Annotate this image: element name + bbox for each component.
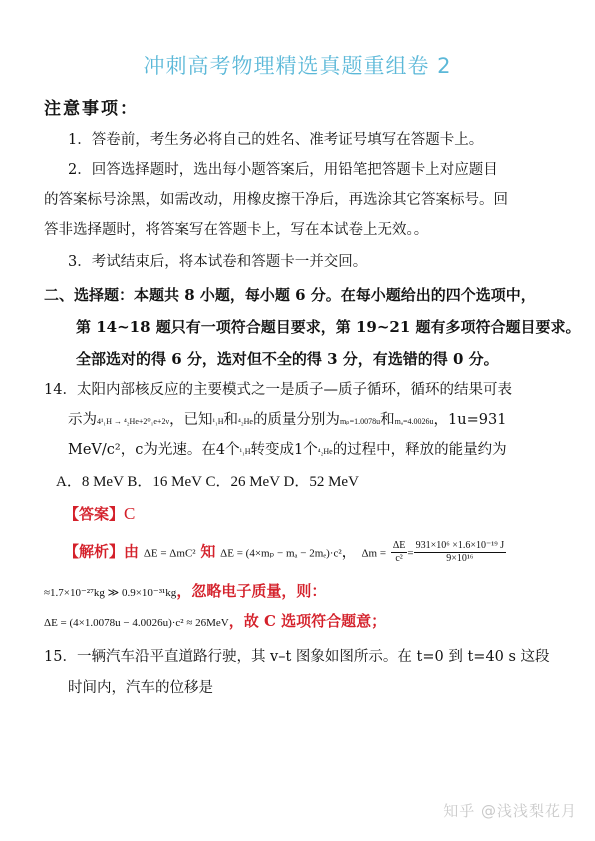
text: ，故 C 选项符合题意； <box>229 612 386 630</box>
q15-stem-line1: 15．一辆汽车沿平直道路行驶，其 v–t 图象如图所示。在 t=0 到 t=40… <box>44 645 550 666</box>
helium-symbol: ⁴₂He <box>238 417 253 426</box>
q14-stem-line3: MeV/c²，c为光速。在4个¹₁H转变成1个⁴₂He的过程中，释放的能量约为 <box>68 438 507 459</box>
text: ，忽略电子质量，则： <box>176 582 326 600</box>
notice-item-2-cont: 的答案标号涂黑，如需改动，用橡皮擦干净后，再选涂其它答案标号。回 <box>44 188 508 209</box>
notice-item-2: 2．回答选择题时，选出每小题答案后，用铅笔把答题卡上对应题目 <box>68 158 498 179</box>
numerator: 931×10⁶ ×1.6×10⁻¹⁹ J <box>414 540 507 553</box>
equation: ≈1.7×10⁻²⁷kg ≫ 0.9×10⁻³¹kg <box>44 587 176 599</box>
fraction: ΔEc² <box>391 540 408 565</box>
text: ，1u=931 <box>434 412 507 428</box>
text: 和 <box>380 412 395 428</box>
section-desc-1: 第 14~18 题只有一项符合题目要求，第 19~21 题有多项符合题目要求。 <box>76 316 581 337</box>
notice-item-1: 1．答卷前，考生务必将自己的姓名、准考证号填写在答题卡上。 <box>68 128 483 149</box>
section-heading: 二、选择题：本题共 8 小题，每小题 6 分。在每小题给出的四个选项中， <box>44 284 536 305</box>
page-title: 冲刺高考物理精选真题重组卷 2 <box>0 50 595 80</box>
helium-symbol: ⁴₂He <box>318 447 333 456</box>
equation: ΔE = (4×mₚ − mₐ − 2mₑ)·c² <box>220 548 341 560</box>
answer-value: C <box>124 504 135 523</box>
text: 转变成1个 <box>251 442 318 458</box>
numerator: ΔE <box>391 540 408 553</box>
q14-answer: 【答案】C <box>64 503 135 524</box>
text: MeV/c²，c为光速。在4个 <box>68 442 240 458</box>
analysis-label: 【解析】 <box>64 543 124 561</box>
text: 和 <box>224 412 239 428</box>
notice-item-2-cont2: 答非选择题时，将答案写在答题卡上，写在本试卷上无效。。 <box>44 218 428 239</box>
hydrogen-symbol: ¹₁H <box>213 417 224 426</box>
alpha-mass: mₐ=4.0026u <box>395 417 434 426</box>
text: 的质量分别为 <box>253 412 340 428</box>
text: ，已知 <box>169 412 213 428</box>
text: 的过程中，释放的能量约为 <box>333 442 507 458</box>
q15-stem-line2: 时间内，汽车的位移是 <box>68 676 213 697</box>
text: 示为 <box>68 412 97 428</box>
q14-stem-line2: 示为4¹₁H → ⁴₂He+2⁰₁e+2ν，已知¹₁H和⁴₂He的质量分别为mₚ… <box>68 408 506 429</box>
equation: ΔE = (4×1.0078u − 4.0026u)·c² ≈ 26MeV <box>44 617 229 629</box>
reaction-equation: 4¹₁H → ⁴₂He+2⁰₁e+2ν <box>97 417 169 426</box>
watermark: 知乎 @浅浅梨花月 <box>443 800 577 821</box>
q14-stem-line1: 14．太阳内部核反应的主要模式之一是质子—质子循环，循环的结果可表 <box>44 378 512 399</box>
fraction: 931×10⁶ ×1.6×10⁻¹⁹ J9×10¹⁶ <box>414 540 507 565</box>
answer-label: 【答案】 <box>64 505 124 523</box>
proton-mass: mₚ=1.0078u <box>340 417 380 426</box>
hydrogen-symbol: ¹₁H <box>240 447 251 456</box>
q14-analysis-line3: ΔE = (4×1.0078u − 4.0026u)·c² ≈ 26MeV，故 … <box>44 610 386 631</box>
q14-analysis-line1: 【解析】由 ΔE = ΔmC² 知 ΔE = (4×mₚ − mₐ − 2mₑ)… <box>64 540 506 565</box>
denominator: 9×10¹⁶ <box>414 553 507 565</box>
text: ， <box>342 543 357 561</box>
q14-options: A．8 MeV B．16 MeV C．26 MeV D．52 MeV <box>56 470 359 491</box>
section-desc-2: 全部选对的得 6 分，选对但不全的得 3 分，有选错的得 0 分。 <box>76 348 499 369</box>
q14-analysis-line2: ≈1.7×10⁻²⁷kg ≫ 0.9×10⁻³¹kg，忽略电子质量，则： <box>44 580 326 601</box>
notice-heading: 注意事项： <box>44 94 139 119</box>
equation: ΔE = ΔmC² <box>144 548 196 560</box>
denominator: c² <box>391 553 408 565</box>
notice-item-3: 3．考试结束后，将本试卷和答题卡一并交回。 <box>68 250 367 271</box>
equation: Δm = <box>361 548 386 560</box>
text: 由 <box>124 543 139 561</box>
text: 知 <box>200 543 215 561</box>
